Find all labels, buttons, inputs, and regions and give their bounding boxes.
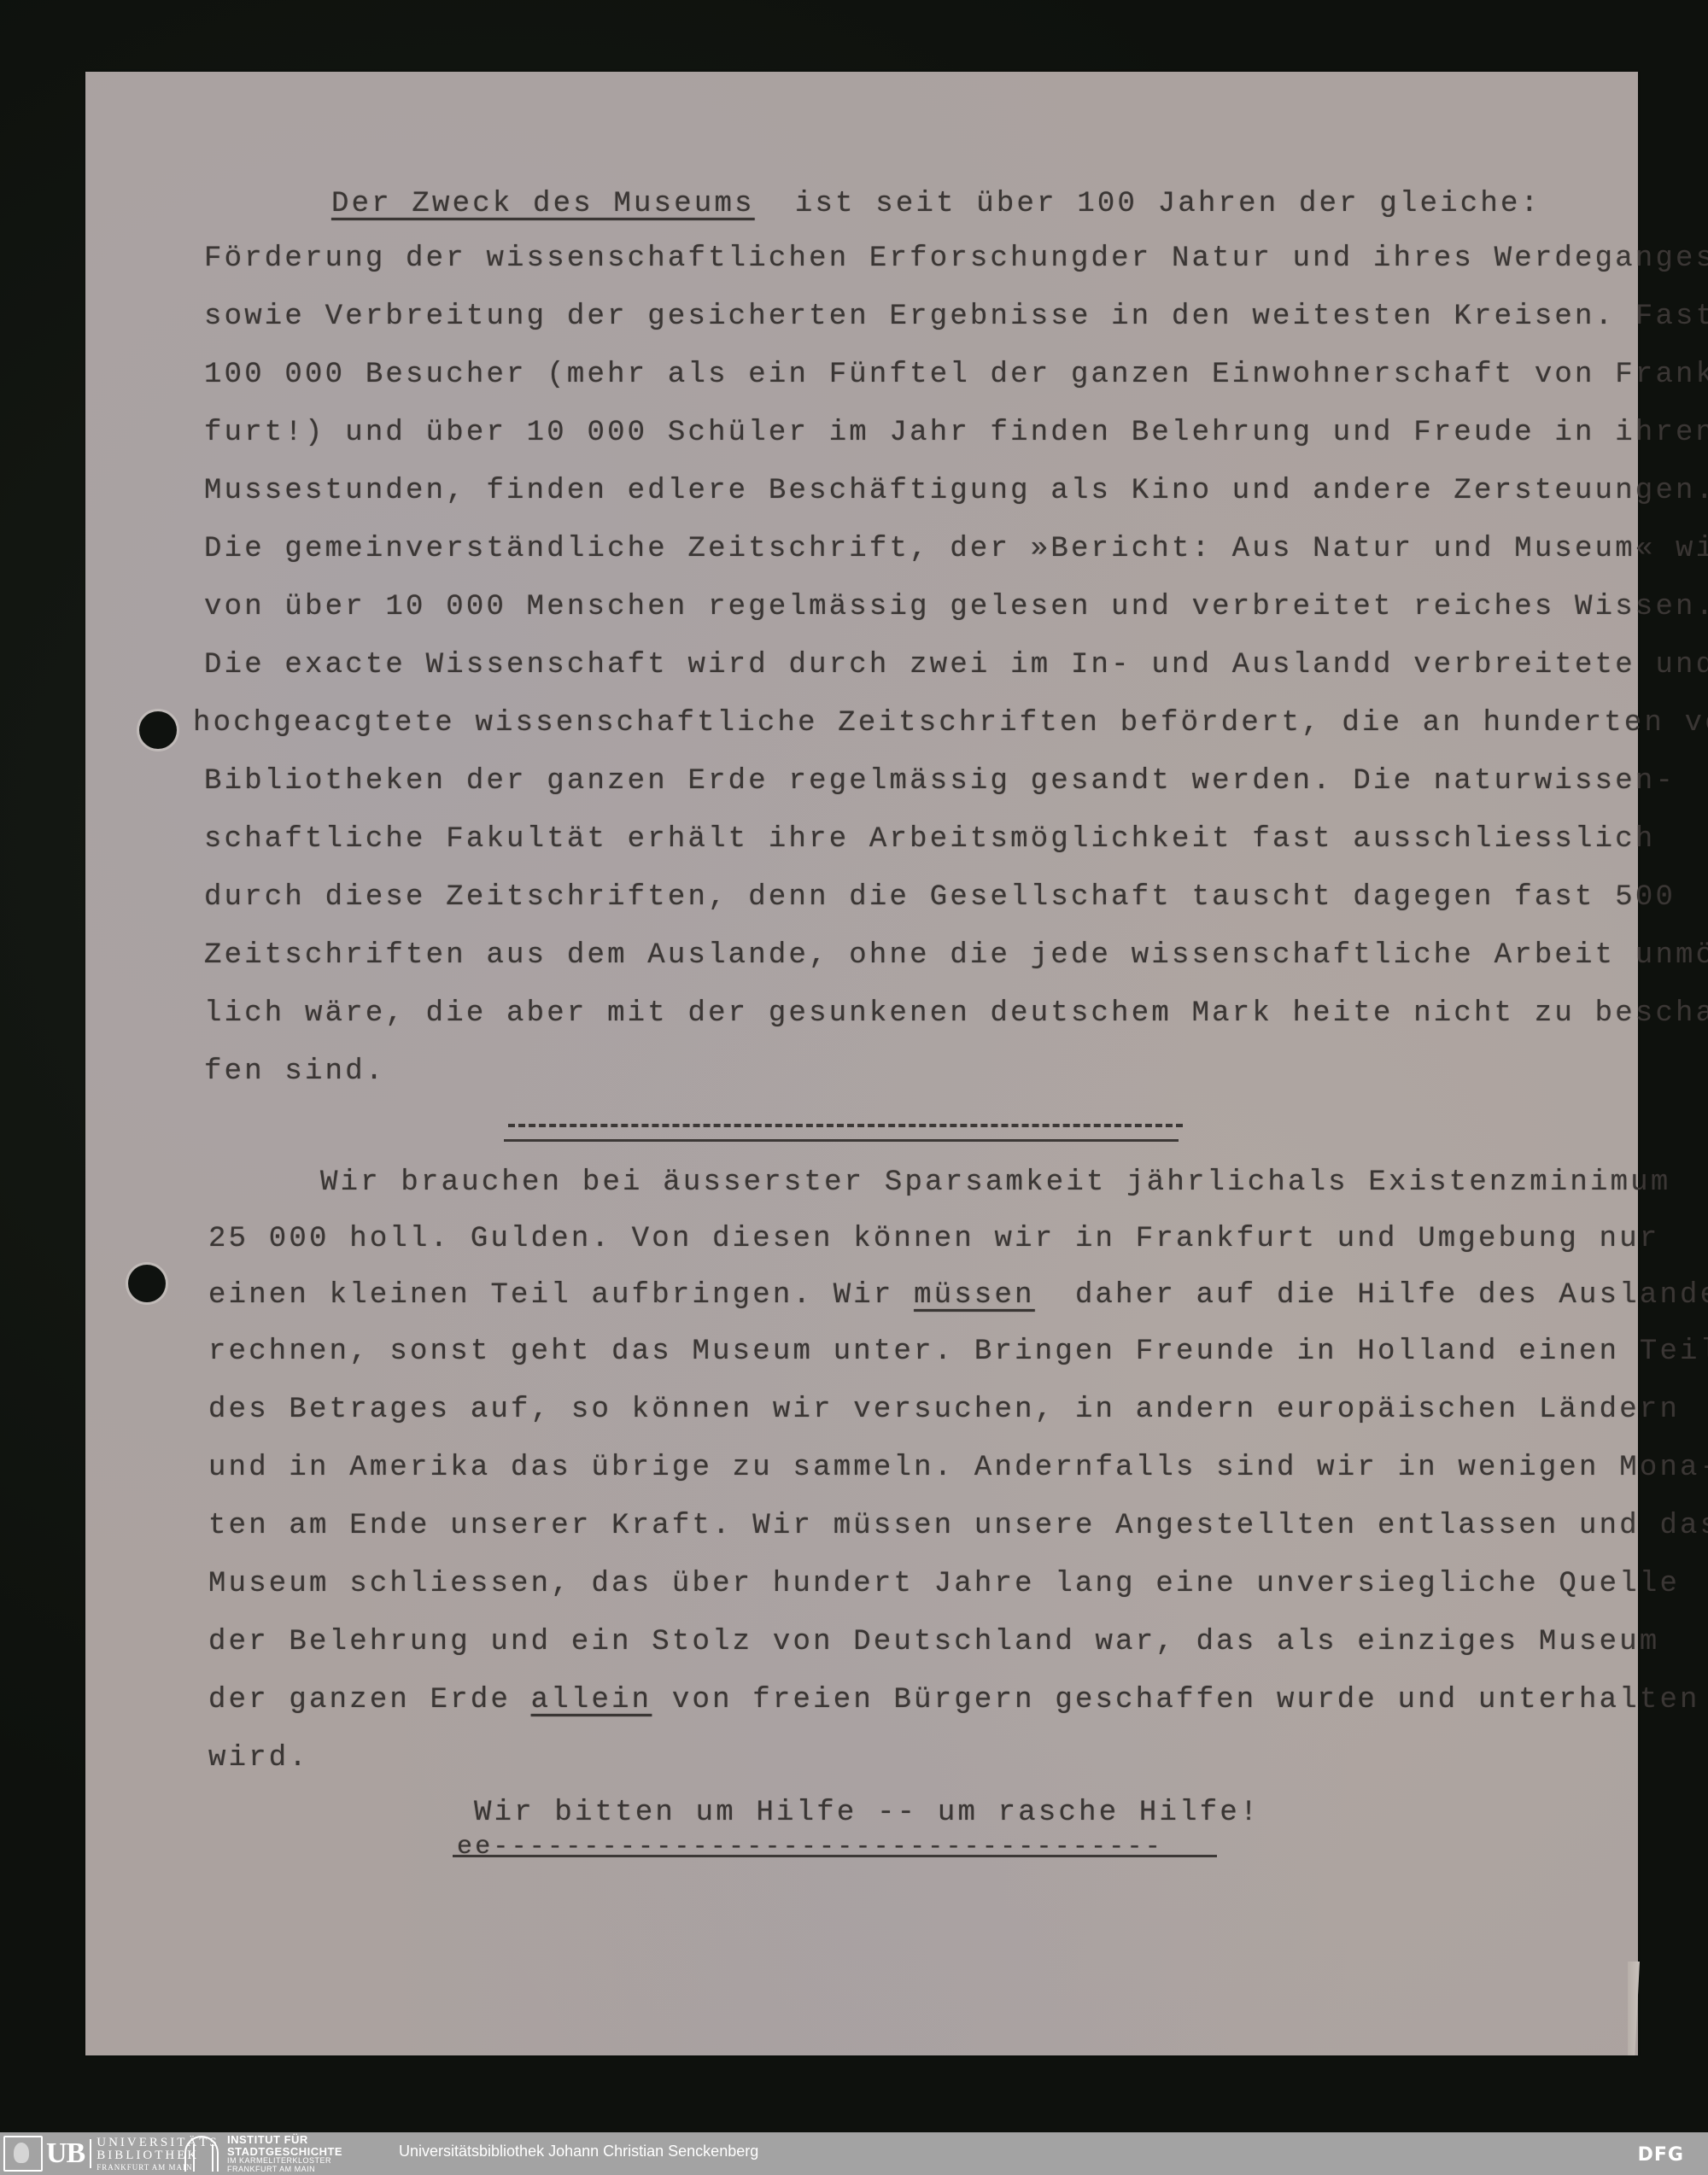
text-line: Wir brauchen bei äusserster Sparsamkeit … [320,1166,1670,1199]
text-line: 25 000 holl. Gulden. Von diesen können w… [208,1223,1659,1255]
text-line: einen kleinen Teil aufbringen. Wir müsse… [208,1279,1708,1312]
text-line: der Belehrung und ein Stolz von Deutschl… [208,1626,1659,1658]
footer-title: Universitätsbibliothek Johann Christian … [399,2143,758,2160]
punch-hole-top [139,711,177,749]
text-line: rechnen, sonst geht das Museum unter. Br… [208,1336,1708,1368]
emphasis-muessen: müssen [914,1279,1035,1312]
text-line: und in Amerika das übrige zu sammeln. An… [208,1452,1708,1484]
dfg-logo: DFG [1638,2144,1684,2166]
text-line: lich wäre, die aber mit der gesunkenen d… [204,997,1708,1030]
closing-rule [453,1855,1217,1857]
text-line: sowie Verbreitung der gesicherten Ergebn… [204,301,1708,333]
closing-appeal: Wir bitten um Hilfe -- um rasche Hilfe! [474,1797,1261,1829]
emphasis-allein: allein [531,1684,652,1716]
text-line: durch diese Zeitschriften, denn die Gese… [204,881,1676,914]
text-line: Zeitschriften aus dem Auslande, ohne die… [204,939,1708,972]
section-separator-rule [504,1139,1179,1142]
text-line: ten am Ende unserer Kraft. Wir müssen un… [208,1510,1708,1542]
punch-hole-bottom [128,1265,166,1302]
text-line: von über 10 000 Menschen regelmässig gel… [204,591,1708,623]
isg-logo: INSTITUT FÜR STADTGESCHICHTE IM KARMELIT… [184,2136,342,2172]
section-separator-dashed [508,1124,1183,1127]
text-line: der ganzen Erde allein von freien Bürger… [208,1684,1700,1716]
text-line: fen sind. [204,1055,385,1088]
portrait-emblem-icon [3,2136,43,2172]
text-line: schaftliche Fakultät erhält ihre Arbeits… [204,823,1655,856]
heading-underlined: Der Zweck des Museums [331,188,755,220]
document-page: Der Zweck des Museums ist seit über 100 … [85,72,1638,2055]
text-line: Mussestunden, finden edlere Beschäftigun… [204,475,1708,507]
text-line: Bibliotheken der ganzen Erde regelmässig… [204,765,1676,798]
heading-line: Der Zweck des Museums ist seit über 100 … [331,188,1541,220]
text-line: Die gemeinverständliche Zeitschrift, der… [204,533,1708,565]
text-line: wird. [208,1742,309,1774]
text-line: Museum schliessen, das über hundert Jahr… [208,1568,1680,1600]
folded-corner [1628,1962,1640,2055]
text-line: hochgeacgtete wissenschaftliche Zeitschr… [193,707,1708,740]
text-line: des Betrages auf, so können wir versuche… [208,1394,1680,1426]
arch-icon [184,2136,219,2172]
text-line: Die exacte Wissenschaft wird durch zwei … [204,649,1708,681]
text-line: 100 000 Besucher (mehr als ein Fünftel d… [204,359,1708,391]
text-line: Förderung der wissenschaftlichen Erforsc… [204,243,1708,275]
text-line: furt!) und über 10 000 Schüler im Jahr f… [204,417,1708,449]
logo-divider [90,2139,91,2168]
footer-bar: UB UNIVERSITÄTS BIBLIOTHEK FRANKFURT AM … [0,2132,1708,2175]
